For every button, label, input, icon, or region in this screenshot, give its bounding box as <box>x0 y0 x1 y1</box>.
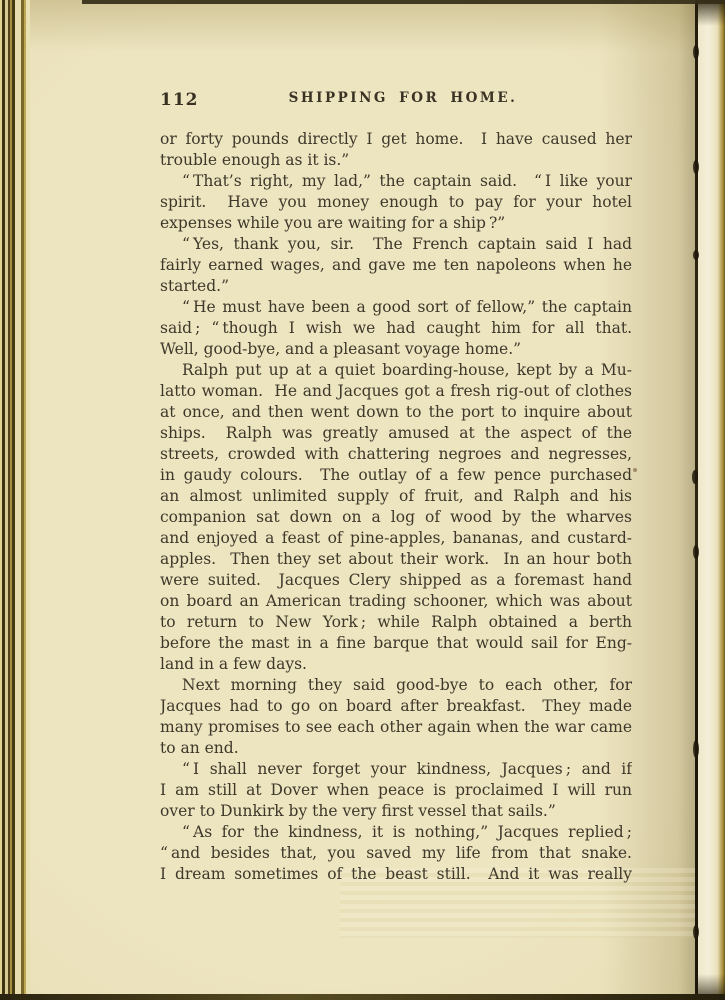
printed-content: 112 SHIPPING FOR HOME. or forty pounds d… <box>160 90 632 885</box>
text-line: at once, and then went down to the port … <box>160 402 632 423</box>
photo-edge-top <box>82 0 725 4</box>
text-line: apples. Then they set about their work. … <box>160 549 632 570</box>
text-line: “ That’s right, my lad,” the captain sai… <box>160 171 632 192</box>
text-line: before the mast in a fine barque that wo… <box>160 633 632 654</box>
text-line: “ Yes, thank you, sir. The French captai… <box>160 234 632 255</box>
text-line: Jacques had to go on board after breakfa… <box>160 696 632 717</box>
text-line: I am still at Dover when peace is procla… <box>160 780 632 801</box>
ink-mark <box>693 160 699 174</box>
text-line: on board an American trading schooner, w… <box>160 591 632 612</box>
text-line: an almost unlimited supply of fruit, and… <box>160 486 632 507</box>
text-line: ships. Ralph was greatly amused at the a… <box>160 423 632 444</box>
text-line: “ I shall never forget your kindness, Ja… <box>160 759 632 780</box>
ink-mark <box>693 250 699 260</box>
ink-mark <box>693 45 699 59</box>
page-top-shading <box>30 0 698 52</box>
text-line: started.” <box>160 276 632 297</box>
text-line: were suited. Jacques Clery shipped as a … <box>160 570 632 591</box>
text-line: or forty pounds directly I get home. I h… <box>160 129 632 150</box>
text-line: to return to New York ; while Ralph obta… <box>160 612 632 633</box>
facing-page-edge <box>698 0 725 1000</box>
text-line: many promises to see each other again wh… <box>160 717 632 738</box>
body-text: or forty pounds directly I get home. I h… <box>160 129 632 885</box>
photo-edge-bottom <box>0 994 725 1000</box>
text-line: “ He must have been a good sort of fello… <box>160 297 632 318</box>
text-line: latto woman. He and Jacques got a fresh … <box>160 381 632 402</box>
book-page-edges-left <box>0 0 30 1000</box>
text-line: land in a few days. <box>160 654 632 675</box>
text-line: fairly earned wages, and gave me ten nap… <box>160 255 632 276</box>
ink-mark <box>692 470 698 484</box>
text-line: Ralph put up at a quiet boarding-house, … <box>160 360 632 381</box>
text-line: trouble enough as it is.” <box>160 150 632 171</box>
text-line: companion sat down on a log of wood by t… <box>160 507 632 528</box>
text-line: expenses while you are waiting for a shi… <box>160 213 632 234</box>
running-header: SHIPPING FOR HOME. <box>160 90 632 106</box>
text-line: Next morning they said good-bye to each … <box>160 675 632 696</box>
text-line: spirit. Have you money enough to pay for… <box>160 192 632 213</box>
page-number: 112 <box>160 90 199 110</box>
text-line: and enjoyed a feast of pine-apples, bana… <box>160 528 632 549</box>
spine-crease <box>695 0 698 1000</box>
ink-speck <box>633 468 637 472</box>
text-line: Well, good-bye, and a pleasant voyage ho… <box>160 339 632 360</box>
text-line: over to Dunkirk by the very first vessel… <box>160 801 632 822</box>
text-line: said ; “ though I wish we had caught him… <box>160 318 632 339</box>
text-line: I dream sometimes of the beast still. An… <box>160 864 632 885</box>
ink-mark <box>693 545 699 559</box>
text-line: to an end. <box>160 738 632 759</box>
page-header: 112 SHIPPING FOR HOME. <box>160 90 632 110</box>
scanned-book-page: 112 SHIPPING FOR HOME. or forty pounds d… <box>0 0 725 1000</box>
text-line: streets, crowded with chattering negroes… <box>160 444 632 465</box>
ink-mark <box>693 740 699 758</box>
ink-mark <box>693 925 699 939</box>
text-line: “ and besides that, you saved my life fr… <box>160 843 632 864</box>
text-line: “ As for the kindness, it is nothing,” J… <box>160 822 632 843</box>
text-line: in gaudy colours. The outlay of a few pe… <box>160 465 632 486</box>
